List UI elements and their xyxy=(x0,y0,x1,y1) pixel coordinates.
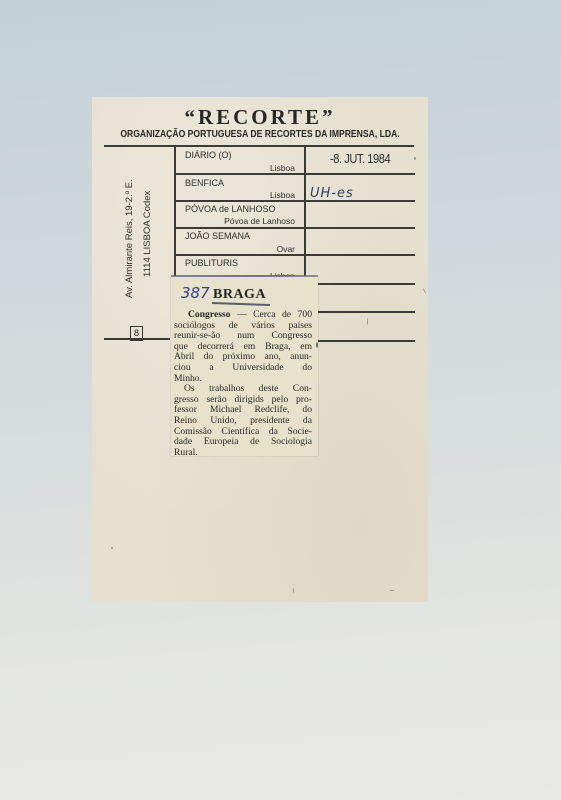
paper-speck xyxy=(316,342,318,348)
publication-city: Póvoa de Lanhoso xyxy=(224,216,295,226)
pub-row-divider xyxy=(174,254,305,256)
right-column-rule xyxy=(305,227,415,229)
article-paragraph-1: Congresso — Cerca de 700 sociólogos de v… xyxy=(174,310,312,384)
publication-name: JOÃO SEMANA xyxy=(185,231,250,241)
publication-name: PUBLITURIS xyxy=(185,258,238,268)
paper-speck xyxy=(111,547,113,549)
address-line-2: 1114 LISBOA Codex xyxy=(142,191,153,277)
right-column-rule xyxy=(318,340,415,342)
paper-speck xyxy=(367,318,368,325)
pub-row-divider xyxy=(174,173,305,175)
header-rule xyxy=(104,145,414,147)
agency-subtitle: ORGANIZAÇÃO PORTUGUESA DE RECORTES DA IM… xyxy=(116,129,405,140)
right-column-rule xyxy=(305,173,415,175)
pub-box-right-border xyxy=(304,145,306,282)
paper-speck xyxy=(390,590,394,591)
right-column-rule xyxy=(318,283,415,285)
publication-name: BENFICA xyxy=(185,178,224,188)
clipping-article-body: Congresso — Cerca de 700 sociólogos de v… xyxy=(174,310,312,458)
article-line: Reino Unido, presidente da xyxy=(174,416,312,427)
pub-row-divider xyxy=(174,227,305,229)
article-paragraph-2: Os trabalhos deste Con- gresso serão dir… xyxy=(174,384,312,458)
publication-name: DIÁRIO (O) xyxy=(185,150,232,160)
clipping-heading: BRAGA xyxy=(213,287,266,303)
handwritten-code: UH-es xyxy=(310,186,354,201)
right-column-rule xyxy=(305,254,415,256)
address-line-1: Av. Almirante Reis, 19-2.º E. xyxy=(124,179,135,298)
pub-box-left-border xyxy=(174,145,176,282)
date-stamp: -8. JUT. 1984 xyxy=(330,151,390,166)
article-line: Rural. xyxy=(174,448,312,459)
clipping-edge xyxy=(171,275,318,277)
right-column-rule xyxy=(318,311,415,313)
article-lead: Congresso xyxy=(188,309,230,320)
article-line: Congresso — Cerca de 700 xyxy=(174,310,312,321)
left-bottom-rule xyxy=(104,338,170,340)
agency-title: “RECORTE” xyxy=(92,105,428,130)
article-line: ciou a Universidade do xyxy=(174,363,312,374)
paper-speck xyxy=(414,157,416,160)
publication-city: Lisboa xyxy=(270,190,295,200)
paper-speck xyxy=(293,588,294,593)
publication-city: Ovar xyxy=(277,244,295,254)
publication-name: PÓVOA de LANHOSO xyxy=(185,204,276,214)
publication-city: Lisboa xyxy=(270,163,295,173)
pub-row-divider xyxy=(174,200,305,202)
handwritten-number: 387 xyxy=(181,284,210,302)
